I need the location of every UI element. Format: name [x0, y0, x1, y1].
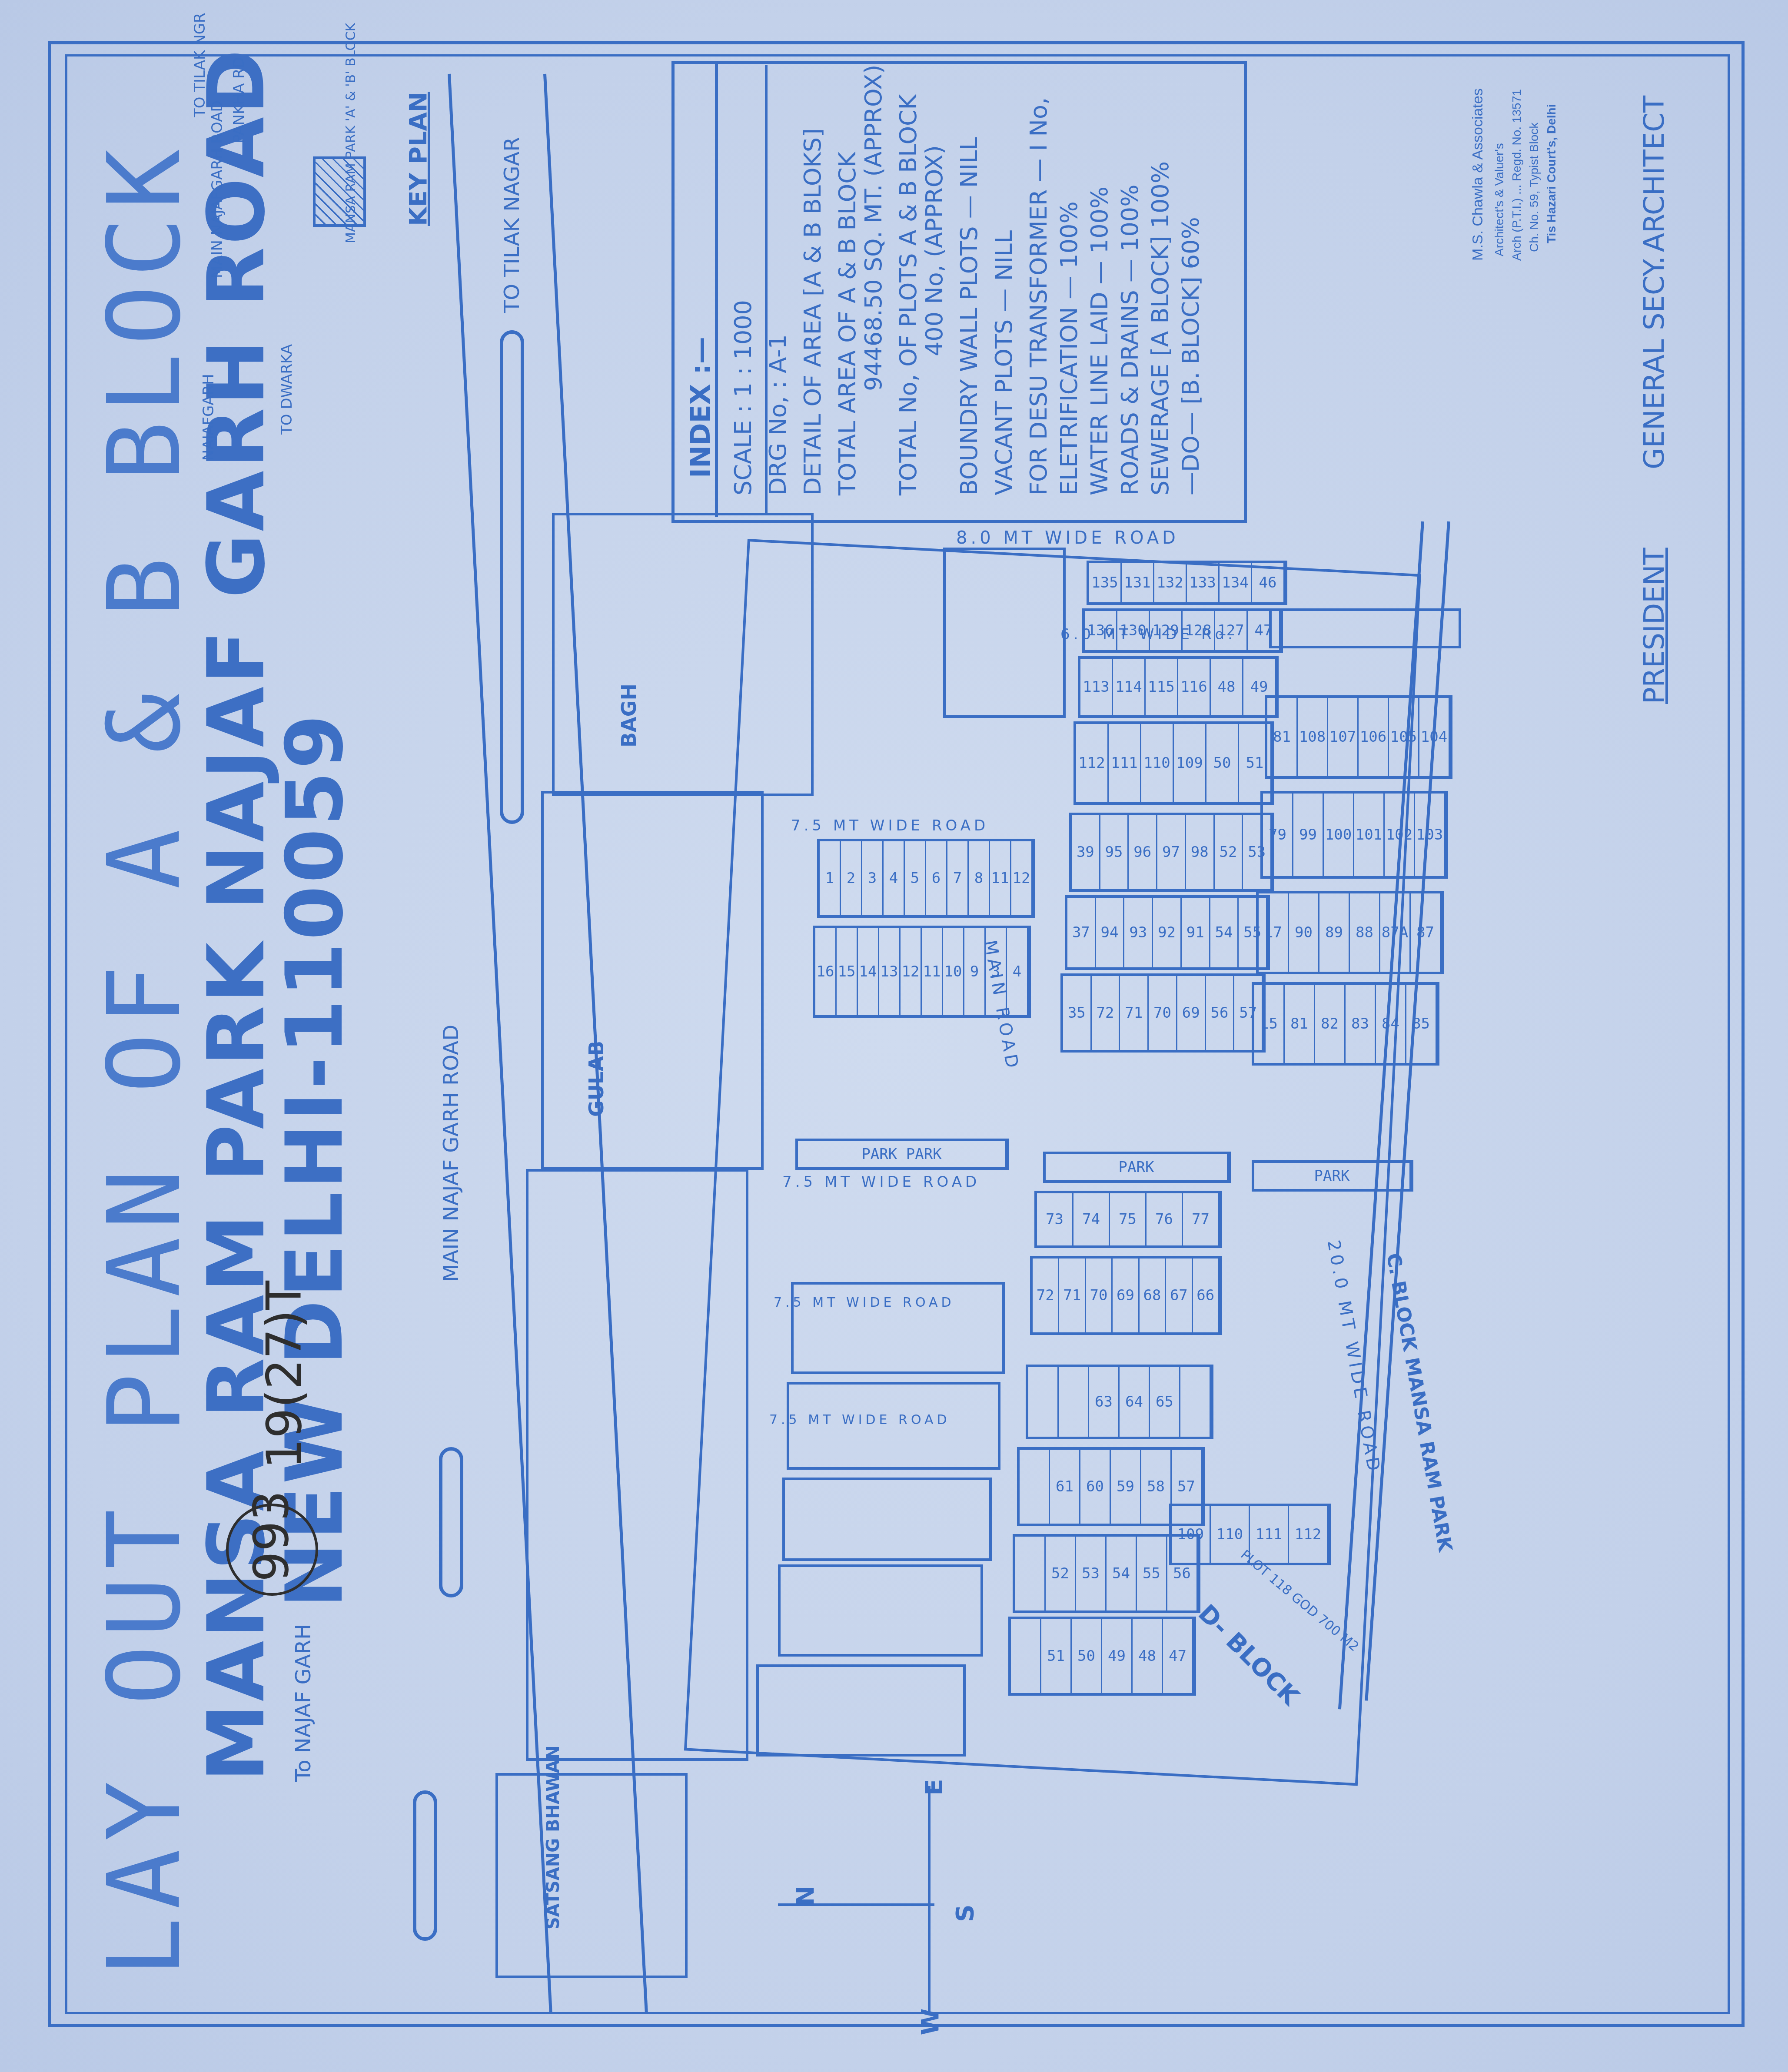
index-row-8: ELETRIFICATION — 100% [1056, 201, 1082, 495]
index-row-4-value: 400 No, (APPROX) [921, 145, 947, 356]
signatory-architect: ARCHITECT [1638, 96, 1671, 252]
stamp-line-3: Arch (P.T.I.) ... Regd. No. 13571 [1508, 89, 1525, 261]
compass-west-icon: W [916, 2009, 944, 2035]
park-strip-right: PARK [1252, 1160, 1413, 1192]
compass-north-icon: N [791, 1886, 820, 1906]
key-plan-label-pankha: PANKHA RD [230, 57, 248, 143]
compass-south-icon: S [951, 1904, 979, 1922]
index-row-9: WATER LINE LAID — 100% [1087, 186, 1113, 495]
plot-block-8: 35727170695657 [1060, 973, 1266, 1053]
compass-east-icon: E [920, 1779, 948, 1795]
key-plan-label-main-road: MAIN NAJAFGARH ROAD [209, 100, 226, 278]
plot-block-15: 7374757677 [1034, 1191, 1222, 1248]
index-row-10: ROADS & DRAINS — 100% [1117, 185, 1143, 496]
plot-block-4: 1131141151164849 [1078, 656, 1279, 718]
index-row-12: —DO— [B. BLOCK] 60% [1178, 217, 1204, 495]
index-row-6: VACANT PLOTS — NILL [991, 230, 1017, 495]
key-plan-title: KEY PLAN [404, 92, 432, 226]
plot-block-left-c [782, 1478, 992, 1561]
plot-block-6: 39959697985253 [1069, 813, 1274, 892]
parcel-satsang-bhawan [495, 1773, 688, 1978]
plot-block-11: 1790898887A87 [1256, 891, 1444, 974]
key-plan-site-hatch [313, 156, 366, 227]
stamp-line-2: Architect's & Valuer's [1491, 143, 1508, 256]
label-main-road: MAIN NAJAF GARH ROAD [439, 1025, 463, 1282]
plot-block-3: 13613012912812747 [1082, 608, 1283, 653]
plot-block-left-d [778, 1564, 983, 1657]
blueprint-sheet: LAY OUT PLAN OF A & B BLOCK MANSA RAM PA… [0, 0, 1788, 2072]
plot-block-5: 1121111101095051 [1073, 721, 1274, 805]
plot-block-1 [943, 548, 1066, 718]
plot-block-20: 5150494847 [1008, 1617, 1196, 1696]
plot-block-10: 7999100101102103 [1260, 791, 1448, 879]
index-row-11: SEWERAGE [A BLOCK] 100% [1147, 161, 1173, 495]
signatory-president: PRESIDENT [1638, 548, 1671, 704]
road-divider-bottom [413, 1790, 437, 1941]
index-row-7: FOR DESU TRANSFORMER — I No, [1026, 97, 1052, 495]
stamp-line-5: Tis Hazari Court's, Delhi [1543, 104, 1560, 243]
plot-block-17: 636465 [1026, 1365, 1213, 1439]
architect-stamp: M.S. Chawla & Associates Architect's & V… [1452, 87, 1595, 269]
handwritten-ref-number: 993 [243, 1491, 299, 1582]
compass-ew-line [928, 1786, 931, 2012]
plot-block-left-a [791, 1282, 1005, 1374]
handwritten-code: 19(27)T [256, 1281, 312, 1469]
index-row-1: DRG No, : A-1 [765, 334, 791, 495]
label-gulab: GULAB [585, 1041, 608, 1117]
label-75mt-road-1: 7.5 MT WIDE ROAD [791, 817, 989, 834]
key-plan-label-tilak: TO TILAK NGR [191, 13, 209, 117]
index-heading: INDEX :— [685, 337, 716, 478]
label-to-najaf-garh: To NAJAF GARH [291, 1624, 316, 1782]
index-row-2: DETAIL OF AREA [A & B BLOKS] [800, 128, 826, 495]
key-plan-label-najafgarh: NAJAFGARH [200, 374, 217, 461]
document-title: LAY OUT PLAN OF A & B BLOCK [87, 141, 203, 1977]
label-75mt-road-2: 7.5 MT WIDE ROAD [782, 1173, 980, 1191]
plot-block-7: 37949392915455 [1065, 895, 1270, 970]
label-top-road: 8.0 MT WIDE ROAD [956, 528, 1179, 548]
index-row-3-value: 94468.50 SQ. MT. (APPROX) [861, 65, 887, 391]
plot-block-2: 13513113213313446 [1087, 561, 1287, 605]
document-subtitle-line2: NEW DELHI-110059 [269, 712, 360, 1608]
stamp-line-4: Ch. No. 59, Typist Block [1525, 123, 1543, 252]
label-to-tilak-nagar: TO TILAK NAGAR [500, 137, 524, 313]
plot-block-9: 81108107106105104 [1265, 695, 1452, 779]
label-bagh: BAGH [617, 684, 641, 747]
label-satsang: SATSANG BHAWAN [543, 1745, 563, 1929]
plot-block-left-e [756, 1664, 966, 1757]
signatory-general-secy: GENERAL SECY. [1638, 256, 1671, 469]
park-strip-middle: PARK [1043, 1152, 1231, 1183]
plot-block-16: 72717069686766 [1030, 1256, 1222, 1335]
plot-block-14: 16151413121110934 [813, 926, 1031, 1018]
plot-block-9a [1269, 608, 1461, 648]
plot-block-13: 123456781112 [817, 839, 1035, 918]
index-row-0: SCALE : 1 : 1000 [730, 300, 756, 495]
road-divider-top [500, 330, 524, 824]
stamp-line-1: M.S. Chawla & Associates [1469, 88, 1486, 261]
index-row-4: TOTAL No, OF PLOTS A & B BLOCK [895, 94, 921, 495]
plot-block-left-b [787, 1382, 1000, 1470]
index-row-3: TOTAL AREA OF A & B BLOCK [834, 152, 861, 495]
key-plan-label-dwarka: TO DWARKA [278, 344, 296, 435]
index-row-5: BOUNDRY WALL PLOTS — NILL [956, 137, 982, 495]
road-divider-mid [439, 1447, 463, 1597]
park-strip-left: PARK PARK [795, 1139, 1009, 1170]
